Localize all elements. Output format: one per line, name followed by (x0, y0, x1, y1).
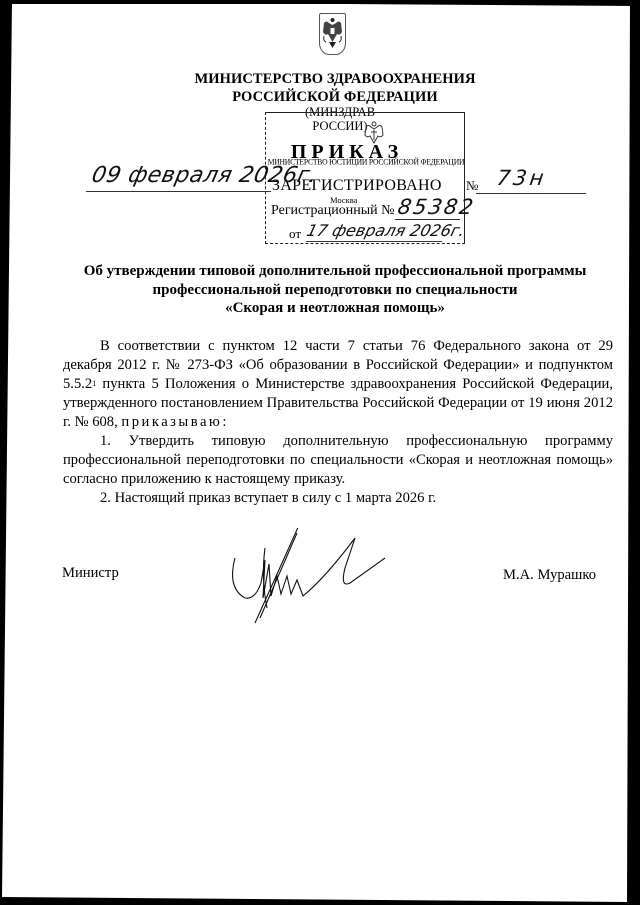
title-line-2: профессиональной переподготовки по специ… (60, 281, 610, 300)
preamble-paragraph: В соответствии с пунктом 12 части 7 стат… (63, 337, 613, 432)
reg-date-underline (306, 241, 442, 242)
decree-word: приказываю (121, 414, 222, 430)
order-number-underline (476, 193, 586, 194)
order-item-1: 1. Утвердить типовую дополнительную проф… (63, 432, 613, 489)
order-item-2: 2. Настоящий приказ вступает в силу с 1 … (63, 489, 613, 508)
signatory-name: М.А. Мурашко (503, 567, 596, 584)
document-body: В соответствии с пунктом 12 части 7 стат… (63, 337, 613, 508)
ministry-name-line1: МИНИСТЕРСТВО ЗДРАВООХРАНЕНИЯ (160, 70, 510, 88)
order-date-underline (86, 191, 271, 192)
preamble-end: : (222, 414, 226, 430)
stamp-date-prefix: от (289, 226, 301, 241)
stamp-reg-number: 85382 (396, 196, 477, 218)
order-number-label: № (466, 178, 478, 194)
reg-number-underline (395, 219, 460, 220)
stamp-reg-number-label: Регистрационный № (271, 203, 395, 219)
signature-icon (225, 528, 425, 628)
coat-of-arms-icon (319, 13, 346, 55)
order-number: 73н (495, 167, 548, 189)
footnote-marker: 1 (92, 379, 96, 388)
title-line-3: «Скорая и неотложная помощь» (60, 299, 610, 318)
signatory-role: Министр (62, 565, 119, 582)
document-page: МИНИСТЕРСТВО ЗДРАВООХРАНЕНИЯ РОССИЙСКОЙ … (0, 0, 640, 905)
stamp-reg-date: 17 февраля 2026г. (305, 222, 467, 240)
title-line-1: Об утверждении типовой дополнительной пр… (60, 262, 610, 281)
document-title: Об утверждении типовой дополнительной пр… (60, 262, 610, 318)
order-date: 09 февраля 2026г. (89, 164, 319, 188)
ministry-name-line2: РОССИЙСКОЙ ФЕДЕРАЦИИ (160, 88, 510, 106)
